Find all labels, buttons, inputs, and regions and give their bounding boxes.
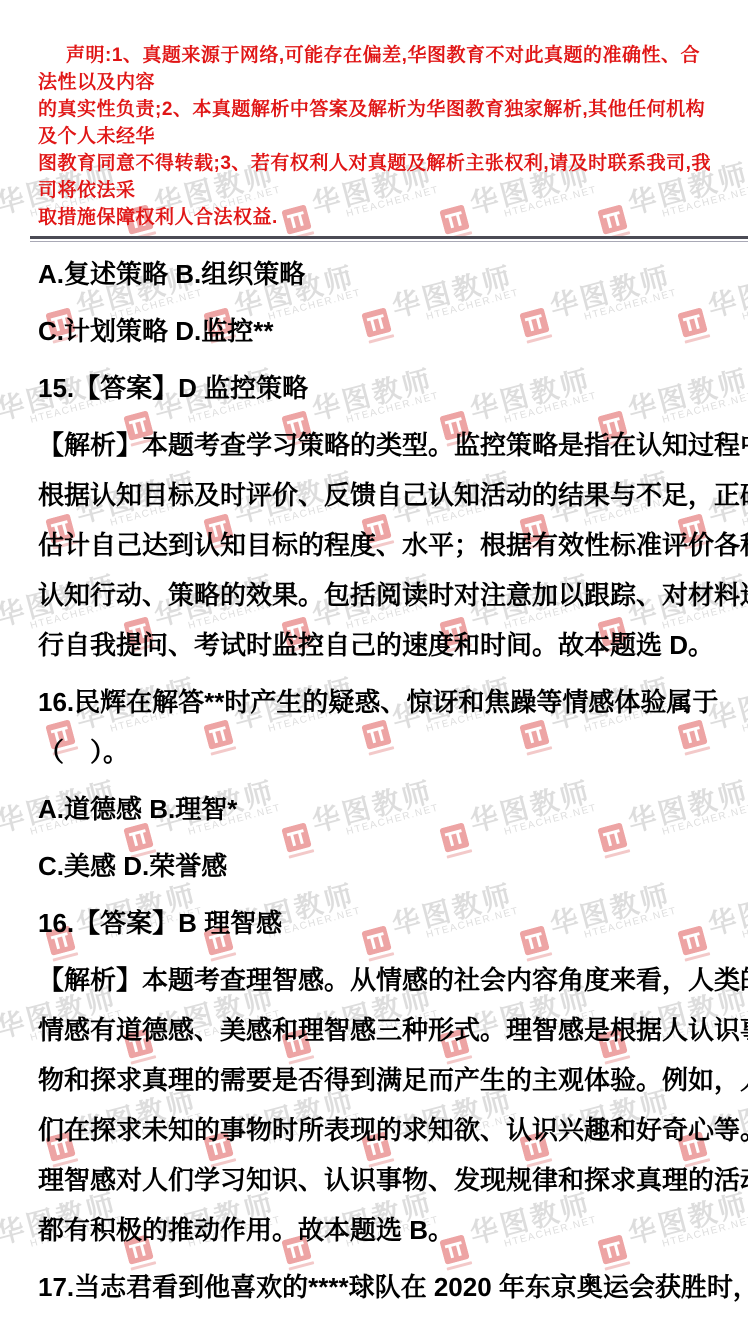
analysis-line: 【解析】本题考查理智感。从情感的社会内容角度来看，人类的 <box>38 955 712 1005</box>
analysis-line: 根据认知目标及时评价、反馈自己认知活动的结果与不足，正确 <box>38 470 712 520</box>
option-line: A.道德感 B.理智* <box>38 784 712 834</box>
analysis-line: 都有积极的推动作用。故本题选 B。 <box>38 1205 712 1255</box>
question-line: 16.民辉在解答**时产生的疑惑、惊讶和焦躁等情感体验属于 <box>38 677 712 727</box>
disclaimer-label: 声明: <box>66 45 112 66</box>
option-line: A.复述策略 B.组织策略 <box>38 249 712 299</box>
question-line: 17.当志君看到他喜欢的****球队在 2020 年东京奥运会获胜时， <box>38 1262 712 1312</box>
answer-line: 15.【答案】D 监控策略 <box>38 363 712 413</box>
analysis-line: 理智感对人们学习知识、认识事物、发现规律和探求真理的活动 <box>38 1155 712 1205</box>
section-divider <box>30 236 748 242</box>
analysis-line: 【解析】本题考查学习策略的类型。监控策略是指在认知过程中， <box>38 420 712 470</box>
answer-line: 16.【答案】B 理智感 <box>38 898 712 948</box>
analysis-line: 行自我提问、考试时监控自己的速度和时间。故本题选 D。 <box>38 620 712 670</box>
option-line: C.计划策略 D.监控** <box>38 306 712 356</box>
document-page: 声明:1、真题来源于网络,可能存在偏差,华图教育不对此真题的准确性、合法性以及内… <box>0 0 748 1312</box>
option-line: C.美感 D.荣誉感 <box>38 841 712 891</box>
content-area: A.复述策略 B.组织策略C.计划策略 D.监控**15.【答案】D 监控策略【… <box>38 249 712 1312</box>
disclaimer: 声明:1、真题来源于网络,可能存在偏差,华图教育不对此真题的准确性、合法性以及内… <box>38 42 712 231</box>
analysis-line: 物和探求真理的需要是否得到满足而产生的主观体验。例如，人 <box>38 1055 712 1105</box>
analysis-line: 认知行动、策略的效果。包括阅读时对注意加以跟踪、对材料进 <box>38 570 712 620</box>
disclaimer-line: 声明:1、真题来源于网络,可能存在偏差,华图教育不对此真题的准确性、合法性以及内… <box>38 42 712 96</box>
question-line: （ ）。 <box>38 727 712 777</box>
disclaimer-line: 图教育同意不得转载;3、若有权利人对真题及解析主张权利,请及时联系我司,我司将依… <box>38 150 712 204</box>
analysis-line: 们在探求未知的事物时所表现的求知欲、认识兴趣和好奇心等。 <box>38 1105 712 1155</box>
analysis-line: 情感有道德感、美感和理智感三种形式。理智感是根据人认识事 <box>38 1005 712 1055</box>
disclaimer-line: 取措施保障权利人合法权益. <box>38 204 712 231</box>
disclaimer-line: 的真实性负责;2、本真题解析中答案及解析为华图教育独家解析,其他任何机构及个人未… <box>38 96 712 150</box>
analysis-line: 估计自己达到认知目标的程度、水平；根据有效性标准评价各种 <box>38 520 712 570</box>
